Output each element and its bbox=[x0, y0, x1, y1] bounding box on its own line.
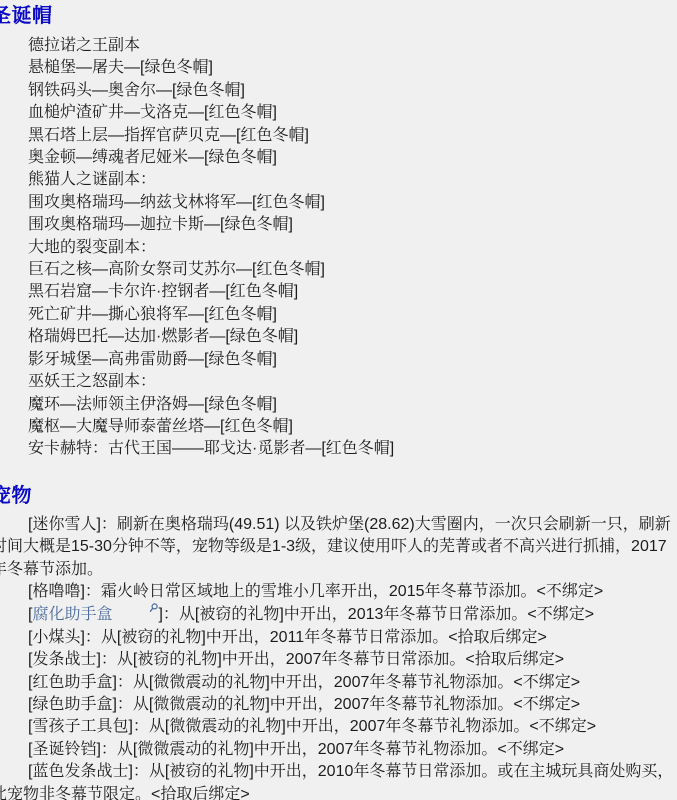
pet-item: [红色助手盒]：从[微微震动的礼物]中开出，2007年冬幕节礼物添加。<不绑定> bbox=[0, 672, 677, 694]
pet-item: [小煤头]：从[被窃的礼物]中开出，2011年冬幕节日常添加。<拾取后绑定> bbox=[0, 627, 677, 649]
hat-item: 黑石岩窟—卡尔许·控钢者—[红色冬帽] bbox=[0, 281, 677, 303]
pet-item: [雪孩子工具包]：从[微微震动的礼物]中开出，2007年冬幕节礼物添加。<不绑定… bbox=[0, 716, 677, 738]
hat-item: 德拉诺之王副本 bbox=[0, 35, 677, 57]
hat-item: 格瑞姆巴托—达加·燃影者—[绿色冬帽] bbox=[0, 326, 677, 348]
section-title-christmas-hats: 圣诞帽 bbox=[0, 4, 677, 28]
hat-item: 死亡矿井—撕心狼将军—[红色冬帽] bbox=[0, 304, 677, 326]
hat-item: 黑石塔上层—指挥官萨贝克—[红色冬帽] bbox=[0, 125, 677, 147]
page-content: 圣诞帽 德拉诺之王副本 悬槌堡—屠夫—[绿色冬帽] 钢铁码头—奥舍尔—[绿色冬帽… bbox=[0, 0, 677, 800]
hat-item: 钢铁码头—奥舍尔—[绿色冬帽] bbox=[0, 80, 677, 102]
hat-item: 魔环—法师领主伊洛姆—[绿色冬帽] bbox=[0, 394, 677, 416]
hat-item: 安卡赫特：古代王国——耶戈达·觅影者—[红色冬帽] bbox=[0, 438, 677, 460]
pet-item: [腐化助手盒]：从[被窃的礼物]中开出，2013年冬幕节日常添加。<不绑定> bbox=[0, 603, 677, 626]
pet-item: [蓝色发条战士]：从[被窃的礼物]中开出，2010年冬幕节日常添加。或在主城玩具… bbox=[0, 761, 677, 800]
section-title-pets: 宠物 bbox=[0, 484, 677, 508]
pet-item-text: ]：从[被窃的礼物]中开出，2013年冬幕节日常添加。<不绑定> bbox=[158, 606, 594, 623]
hat-item: 悬槌堡—屠夫—[绿色冬帽] bbox=[0, 57, 677, 79]
hat-item: 奥金顿—缚魂者尼娅米—[绿色冬帽] bbox=[0, 147, 677, 169]
hat-item: 巨石之核—高阶女祭司艾苏尔—[红色冬帽] bbox=[0, 259, 677, 281]
christmas-hats-list: 德拉诺之王副本 悬槌堡—屠夫—[绿色冬帽] 钢铁码头—奥舍尔—[绿色冬帽] 血槌… bbox=[0, 35, 677, 461]
hat-item: 血槌炉渣矿井—戈洛克—[红色冬帽] bbox=[0, 102, 677, 124]
hat-item: 魔枢—大魔导师泰蕾丝塔—[红色冬帽] bbox=[0, 416, 677, 438]
pet-item: [圣诞铃铛]：从[微微震动的礼物]中开出，2007年冬幕节礼物添加。<不绑定> bbox=[0, 739, 677, 761]
pet-item: [发条战士]：从[被窃的礼物]中开出，2007年冬幕节日常添加。<拾取后绑定> bbox=[0, 649, 677, 671]
hat-subsection-label: 熊猫人之谜副本： bbox=[0, 169, 677, 191]
pet-item: [格噜噜]：霜火岭日常区域地上的雪堆小几率开出，2015年冬幕节添加。<不绑定> bbox=[0, 581, 677, 603]
magnifier-icon bbox=[112, 603, 158, 613]
pet-link-label: 腐化助手盒 bbox=[32, 606, 112, 623]
hat-item: 围攻奥格瑞玛—纳兹戈林将军—[红色冬帽] bbox=[0, 192, 677, 214]
hat-subsection-label: 大地的裂变副本： bbox=[0, 237, 677, 259]
pets-list: [迷你雪人]：刷新在奥格瑞玛(49.51) 以及铁炉堡(28.62)大雪圈内，一… bbox=[0, 514, 677, 800]
hat-item: 影牙城堡—高弗雷勋爵—[绿色冬帽] bbox=[0, 349, 677, 371]
pet-item: [绿色助手盒]：从[微微震动的礼物]中开出，2007年冬幕节礼物添加。<不绑定> bbox=[0, 694, 677, 716]
pet-item: [迷你雪人]：刷新在奥格瑞玛(49.51) 以及铁炉堡(28.62)大雪圈内，一… bbox=[0, 514, 677, 581]
hat-subsection-label: 巫妖王之怒副本： bbox=[0, 371, 677, 393]
hat-item: 围攻奥格瑞玛—迦拉卡斯—[绿色冬帽] bbox=[0, 214, 677, 236]
pet-link-corrupted-helper-box[interactable]: 腐化助手盒 bbox=[32, 606, 158, 623]
